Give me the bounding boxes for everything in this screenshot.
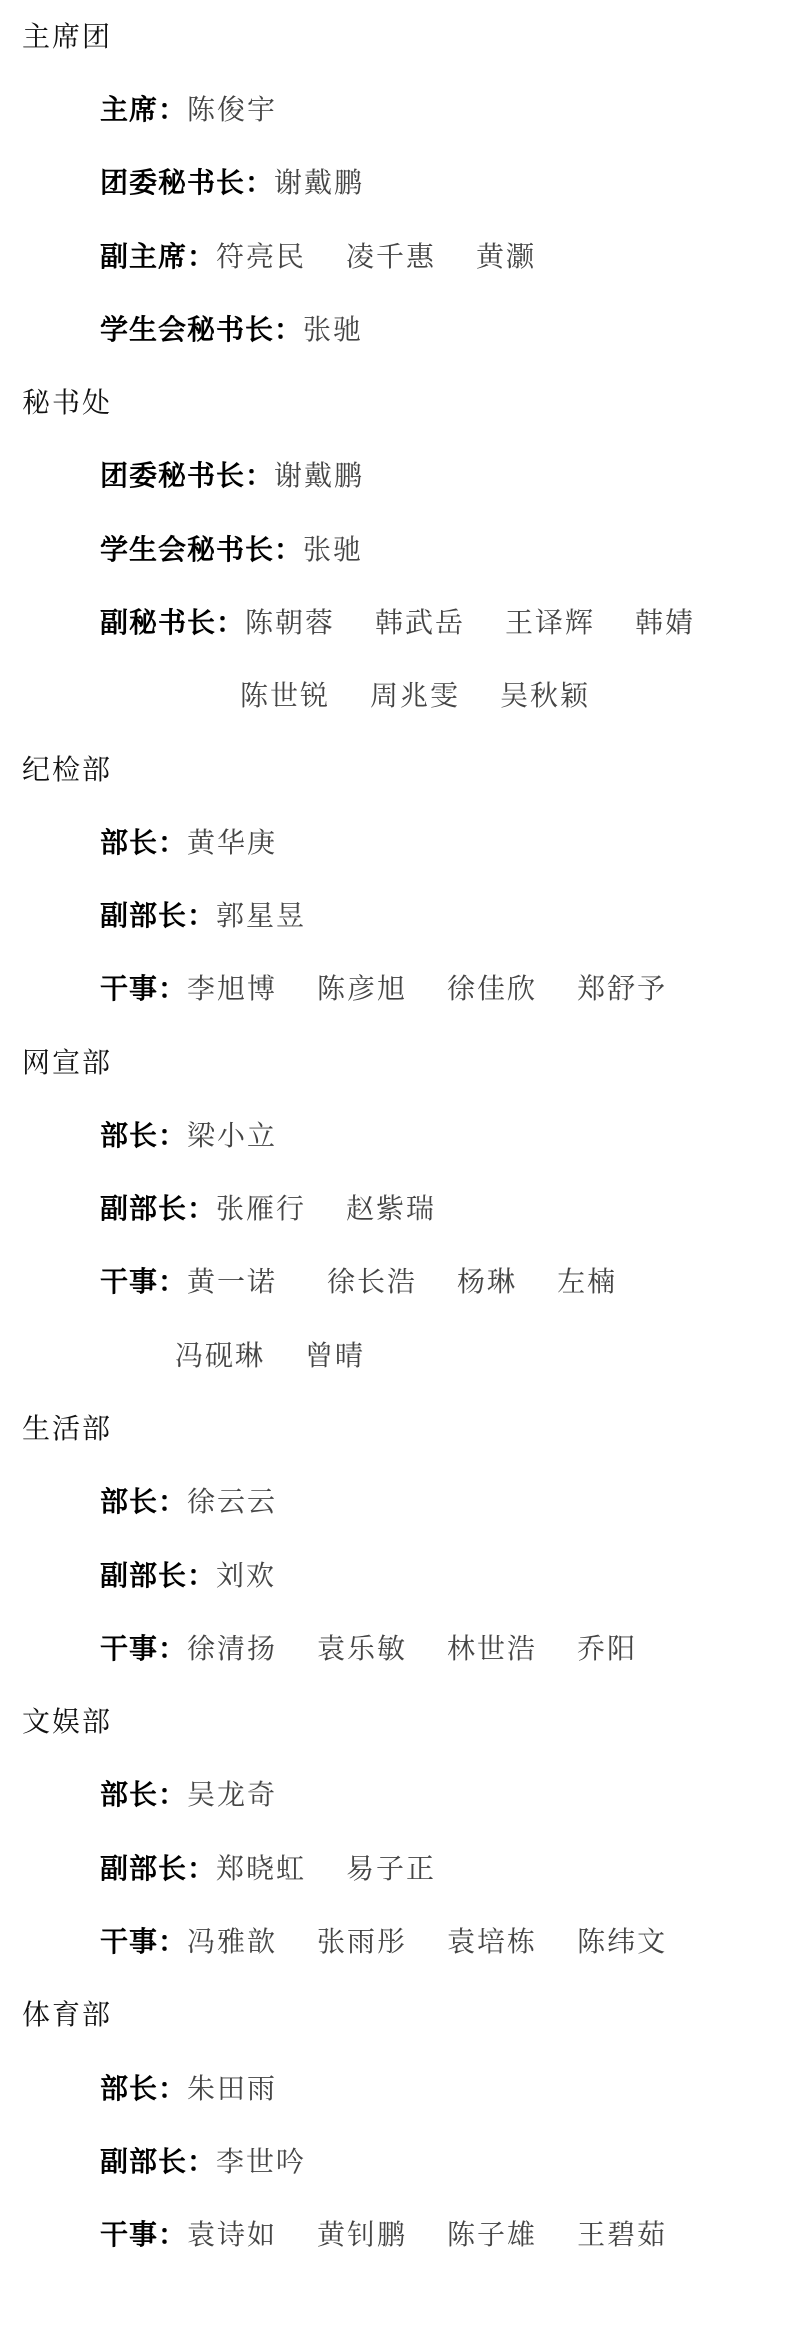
member-name: 黄钊鹏 [317, 2215, 407, 2255]
roster-row: 副部长：李世吟 [100, 2142, 346, 2182]
role-label: 副秘书长： [100, 606, 245, 639]
member-name: 郑舒予 [577, 969, 667, 1009]
roster-row: 干事：冯雅歆张雨彤袁培栋陈纬文 [100, 1922, 707, 1962]
member-name: 吴龙奇 [187, 1775, 277, 1815]
role-label: 团委秘书长： [100, 459, 274, 492]
member-name: 谢戴鹏 [274, 163, 364, 203]
member-name: 冯雅歆 [187, 1922, 277, 1962]
member-name: 陈世锐 [240, 676, 330, 716]
roster-row-continuation: 陈世锐周兆雯吴秋颖 [240, 676, 630, 716]
member-name: 谢戴鹏 [274, 456, 364, 496]
section-title: 网宣部 [22, 1043, 112, 1083]
role-label: 副部长： [100, 899, 216, 932]
member-name: 陈纬文 [577, 1922, 667, 1962]
role-label: 主席： [100, 93, 187, 126]
member-name: 王译辉 [505, 603, 595, 643]
member-name: 袁诗如 [187, 2215, 277, 2255]
role-label: 副部长： [100, 1192, 216, 1225]
member-name: 梁小立 [187, 1116, 277, 1156]
member-name: 黄灏 [476, 237, 536, 277]
member-name: 杨琳 [457, 1262, 517, 1302]
member-name: 凌千惠 [346, 237, 436, 277]
member-name: 赵紫瑞 [346, 1189, 436, 1229]
roster-row: 副部长：郭星昱 [100, 896, 346, 936]
member-name: 黄华庚 [187, 823, 277, 863]
member-name: 郑晓虹 [216, 1849, 306, 1889]
role-label: 干事： [100, 2218, 187, 2251]
roster-row: 学生会秘书长：张驰 [100, 530, 403, 570]
role-label: 团委秘书长： [100, 166, 274, 199]
roster-row: 副主席：符亮民凌千惠黄灏 [100, 237, 576, 277]
member-name: 张驰 [303, 310, 363, 350]
roster-row: 副秘书长：陈朝蓉韩武岳王译辉韩婧 [100, 603, 735, 643]
section-title: 体育部 [22, 1995, 112, 2035]
member-name: 张雨彤 [317, 1922, 407, 1962]
member-name: 周兆雯 [370, 676, 460, 716]
member-name: 李世吟 [216, 2142, 306, 2182]
role-label: 部长： [100, 1778, 187, 1811]
role-label: 干事： [100, 972, 187, 1005]
member-name: 徐长浩 [327, 1262, 417, 1302]
member-name: 易子正 [346, 1849, 436, 1889]
roster-row: 部长：黄华庚 [100, 823, 317, 863]
roster-row: 干事：袁诗如黄钊鹏陈子雄王碧茹 [100, 2215, 707, 2255]
role-label: 部长： [100, 826, 187, 859]
role-label: 副主席： [100, 240, 216, 273]
member-name: 陈朝蓉 [245, 603, 335, 643]
roster-row: 团委秘书长：谢戴鹏 [100, 163, 404, 203]
member-name: 袁乐敏 [317, 1629, 407, 1669]
member-name: 朱田雨 [187, 2069, 277, 2109]
member-name: 王碧茹 [577, 2215, 667, 2255]
member-name: 林世浩 [447, 1629, 537, 1669]
member-name: 吴秋颖 [500, 676, 590, 716]
member-name: 乔阳 [577, 1629, 637, 1669]
roster-row: 干事：徐清扬袁乐敏林世浩乔阳 [100, 1629, 677, 1669]
role-label: 部长： [100, 2072, 187, 2105]
roster-row: 主席：陈俊宇 [100, 90, 317, 130]
roster-row: 部长：徐云云 [100, 1482, 317, 1522]
member-name: 韩武岳 [375, 603, 465, 643]
member-name: 徐佳欣 [447, 969, 537, 1009]
role-label: 部长： [100, 1485, 187, 1518]
member-name: 黄一诺 [187, 1262, 277, 1302]
role-label: 干事： [100, 1632, 187, 1665]
role-label: 干事： [100, 1265, 187, 1298]
member-name: 徐清扬 [187, 1629, 277, 1669]
roster-row-continuation: 冯砚琳曾晴 [175, 1336, 405, 1376]
role-label: 干事： [100, 1925, 187, 1958]
role-label: 部长： [100, 1119, 187, 1152]
member-name: 符亮民 [216, 237, 306, 277]
member-name: 张雁行 [216, 1189, 306, 1229]
member-name: 袁培栋 [447, 1922, 537, 1962]
roster-row: 副部长：张雁行赵紫瑞 [100, 1189, 476, 1229]
member-name: 陈彦旭 [317, 969, 407, 1009]
member-name: 李旭博 [187, 969, 277, 1009]
member-name: 左楠 [557, 1262, 617, 1302]
role-label: 学生会秘书长： [100, 313, 303, 346]
roster-row: 部长：吴龙奇 [100, 1775, 317, 1815]
role-label: 副部长： [100, 1559, 216, 1592]
member-name: 曾晴 [305, 1336, 365, 1376]
roster-row: 干事：黄一诺徐长浩杨琳左楠 [100, 1262, 657, 1302]
role-label: 副部长： [100, 1852, 216, 1885]
role-label: 副部长： [100, 2145, 216, 2178]
roster-row: 部长：梁小立 [100, 1116, 317, 1156]
member-name: 冯砚琳 [175, 1336, 265, 1376]
member-name: 陈子雄 [447, 2215, 537, 2255]
section-title: 生活部 [22, 1409, 112, 1449]
role-label: 学生会秘书长： [100, 533, 303, 566]
section-title: 纪检部 [22, 750, 112, 790]
roster-row: 副部长：郑晓虹易子正 [100, 1849, 476, 1889]
roster-row: 副部长：刘欢 [100, 1556, 316, 1596]
roster-row: 部长：朱田雨 [100, 2069, 317, 2109]
member-name: 刘欢 [216, 1556, 276, 1596]
member-name: 韩婧 [635, 603, 695, 643]
section-title: 秘书处 [22, 383, 112, 423]
member-name: 徐云云 [187, 1482, 277, 1522]
roster-row: 干事：李旭博陈彦旭徐佳欣郑舒予 [100, 969, 707, 1009]
section-title: 主席团 [22, 17, 112, 57]
section-title: 文娱部 [22, 1702, 112, 1742]
roster-row: 学生会秘书长：张驰 [100, 310, 403, 350]
roster-row: 团委秘书长：谢戴鹏 [100, 456, 404, 496]
member-name: 陈俊宇 [187, 90, 277, 130]
member-name: 张驰 [303, 530, 363, 570]
member-name: 郭星昱 [216, 896, 306, 936]
